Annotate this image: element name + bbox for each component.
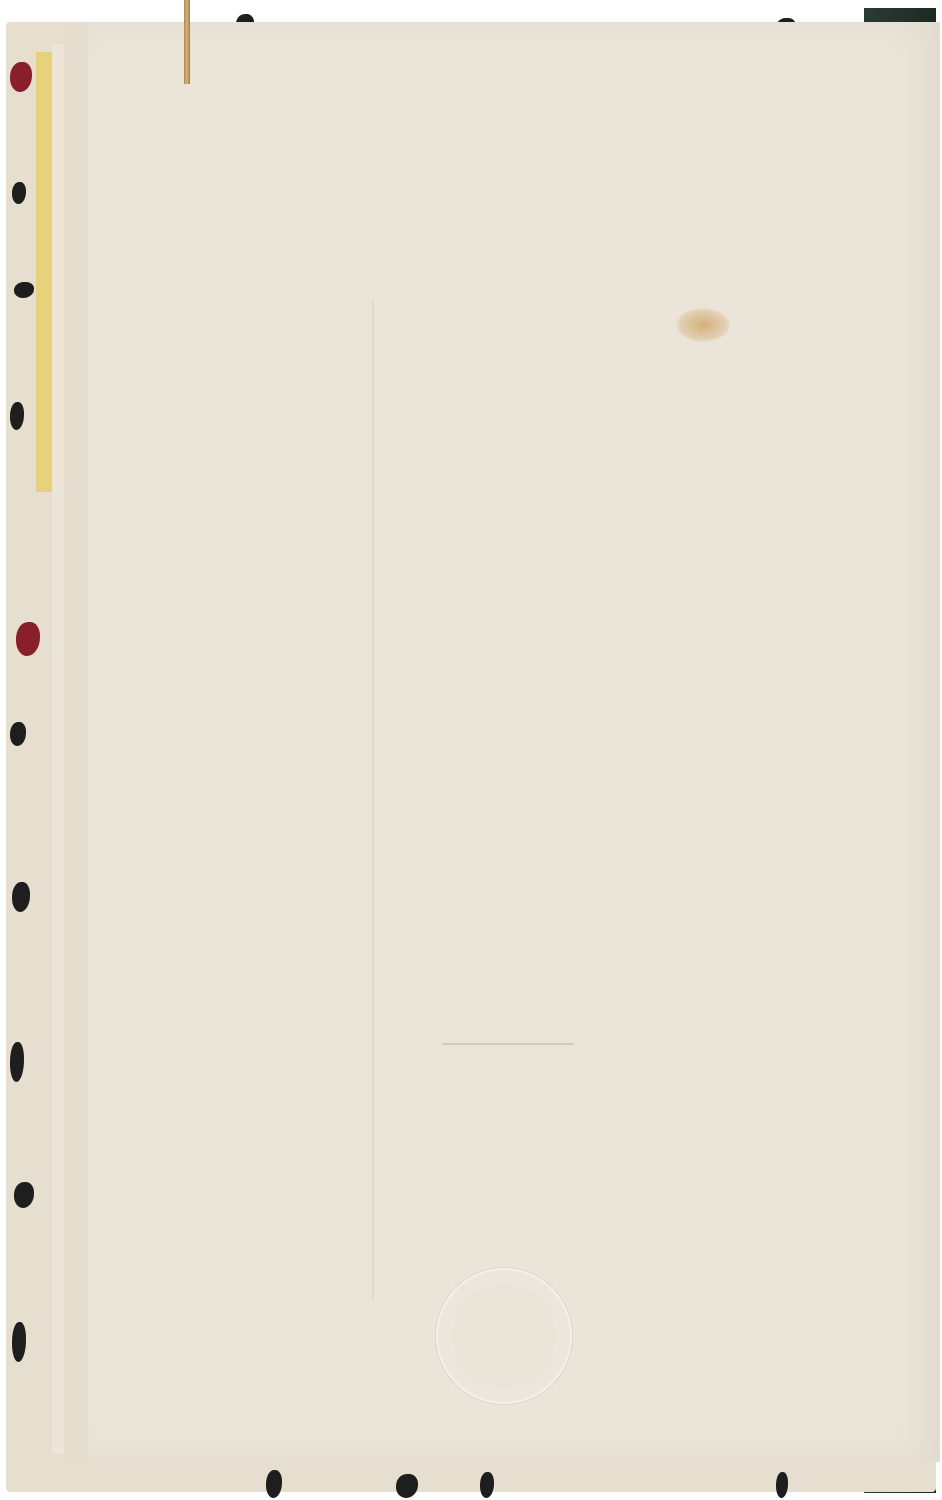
book-page <box>88 22 940 1462</box>
embossed-library-stamp <box>436 1268 572 1404</box>
foxing-stain <box>676 308 730 342</box>
bookmark-ribbon <box>184 0 190 84</box>
background <box>0 0 942 12</box>
show-through-fold <box>372 300 374 1300</box>
show-through-rule <box>442 1043 574 1045</box>
